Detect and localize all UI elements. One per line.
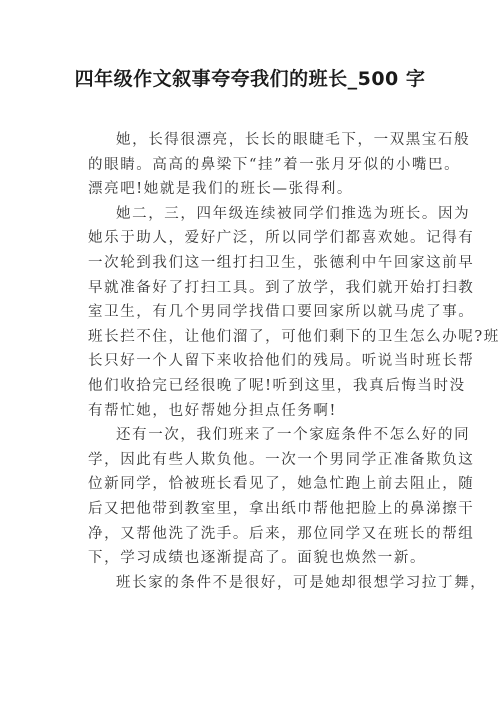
paragraph-3: 还有一次，我们班来了一个家庭条件不怎么好的同 学，因此有些人欺负他。一次一个男同… — [88, 423, 424, 571]
document-body: 她，长得很漂亮，长长的眼睫毛下，一双黑宝石般 的眼睛。高高的鼻梁下“挂”着一张月… — [88, 128, 424, 595]
text-line: 漂亮吧!她就是我们的班长—张得利。 — [88, 177, 424, 202]
paragraph-1: 她，长得很漂亮，长长的眼睫毛下，一双黑宝石般 的眼睛。高高的鼻梁下“挂”着一张月… — [88, 128, 424, 202]
text-line: 一次轮到我们这一组打扫卫生，张德利中午回家这前早 — [88, 251, 424, 276]
text-line: 她乐于助人，爱好广泛，所以同学们都喜欢她。记得有 — [88, 226, 424, 251]
text-line: 班长家的条件不是很好，可是她却很想学习拉丁舞， — [88, 571, 424, 596]
text-line: 学，因此有些人欺负他。一次一个男同学正准备欺负这 — [88, 448, 424, 473]
text-line: 早就准备好了打扫工具。到了放学，我们就开始打扫教 — [88, 276, 424, 301]
text-line: 有帮忙她，也好帮她分担点任务啊! — [88, 399, 424, 424]
text-line: 位新同学，恰被班长看见了，她急忙跑上前去阻止，随 — [88, 472, 424, 497]
document-title: 四年级作文叙事夸夸我们的班长_500 字 — [0, 64, 500, 91]
text-line: 长只好一个人留下来收拾他们的残局。听说当时班长帮 — [88, 349, 424, 374]
text-line: 下，学习成绩也逐渐提高了。面貌也焕然一新。 — [88, 546, 424, 571]
text-line: 的眼睛。高高的鼻梁下“挂”着一张月牙似的小嘴巴。 — [88, 153, 424, 178]
text-line: 她，长得很漂亮，长长的眼睫毛下，一双黑宝石般 — [88, 128, 424, 153]
document-page: 四年级作文叙事夸夸我们的班长_500 字 她，长得很漂亮，长长的眼睫毛下，一双黑… — [0, 0, 500, 708]
paragraph-2: 她二，三，四年级连续被同学们推选为班长。因为 她乐于助人，爱好广泛，所以同学们都… — [88, 202, 424, 423]
text-line: 她二，三，四年级连续被同学们推选为班长。因为 — [88, 202, 424, 227]
text-line: 他们收拾完已经很晚了呢!听到这里，我真后悔当时没 — [88, 374, 424, 399]
text-line: 后又把他带到教室里，拿出纸巾帮他把脸上的鼻涕擦干 — [88, 497, 424, 522]
text-line: 还有一次，我们班来了一个家庭条件不怎么好的同 — [88, 423, 424, 448]
text-line: 班长拦不住，让他们溜了，可他们剩下的卫生怎么办呢?班 — [88, 325, 424, 350]
text-line: 净，又帮他洗了洗手。后来，那位同学又在班长的帮组 — [88, 522, 424, 547]
paragraph-4: 班长家的条件不是很好，可是她却很想学习拉丁舞， — [88, 571, 424, 596]
text-line: 室卫生，有几个男同学找借口要回家所以就马虎了事。 — [88, 300, 424, 325]
